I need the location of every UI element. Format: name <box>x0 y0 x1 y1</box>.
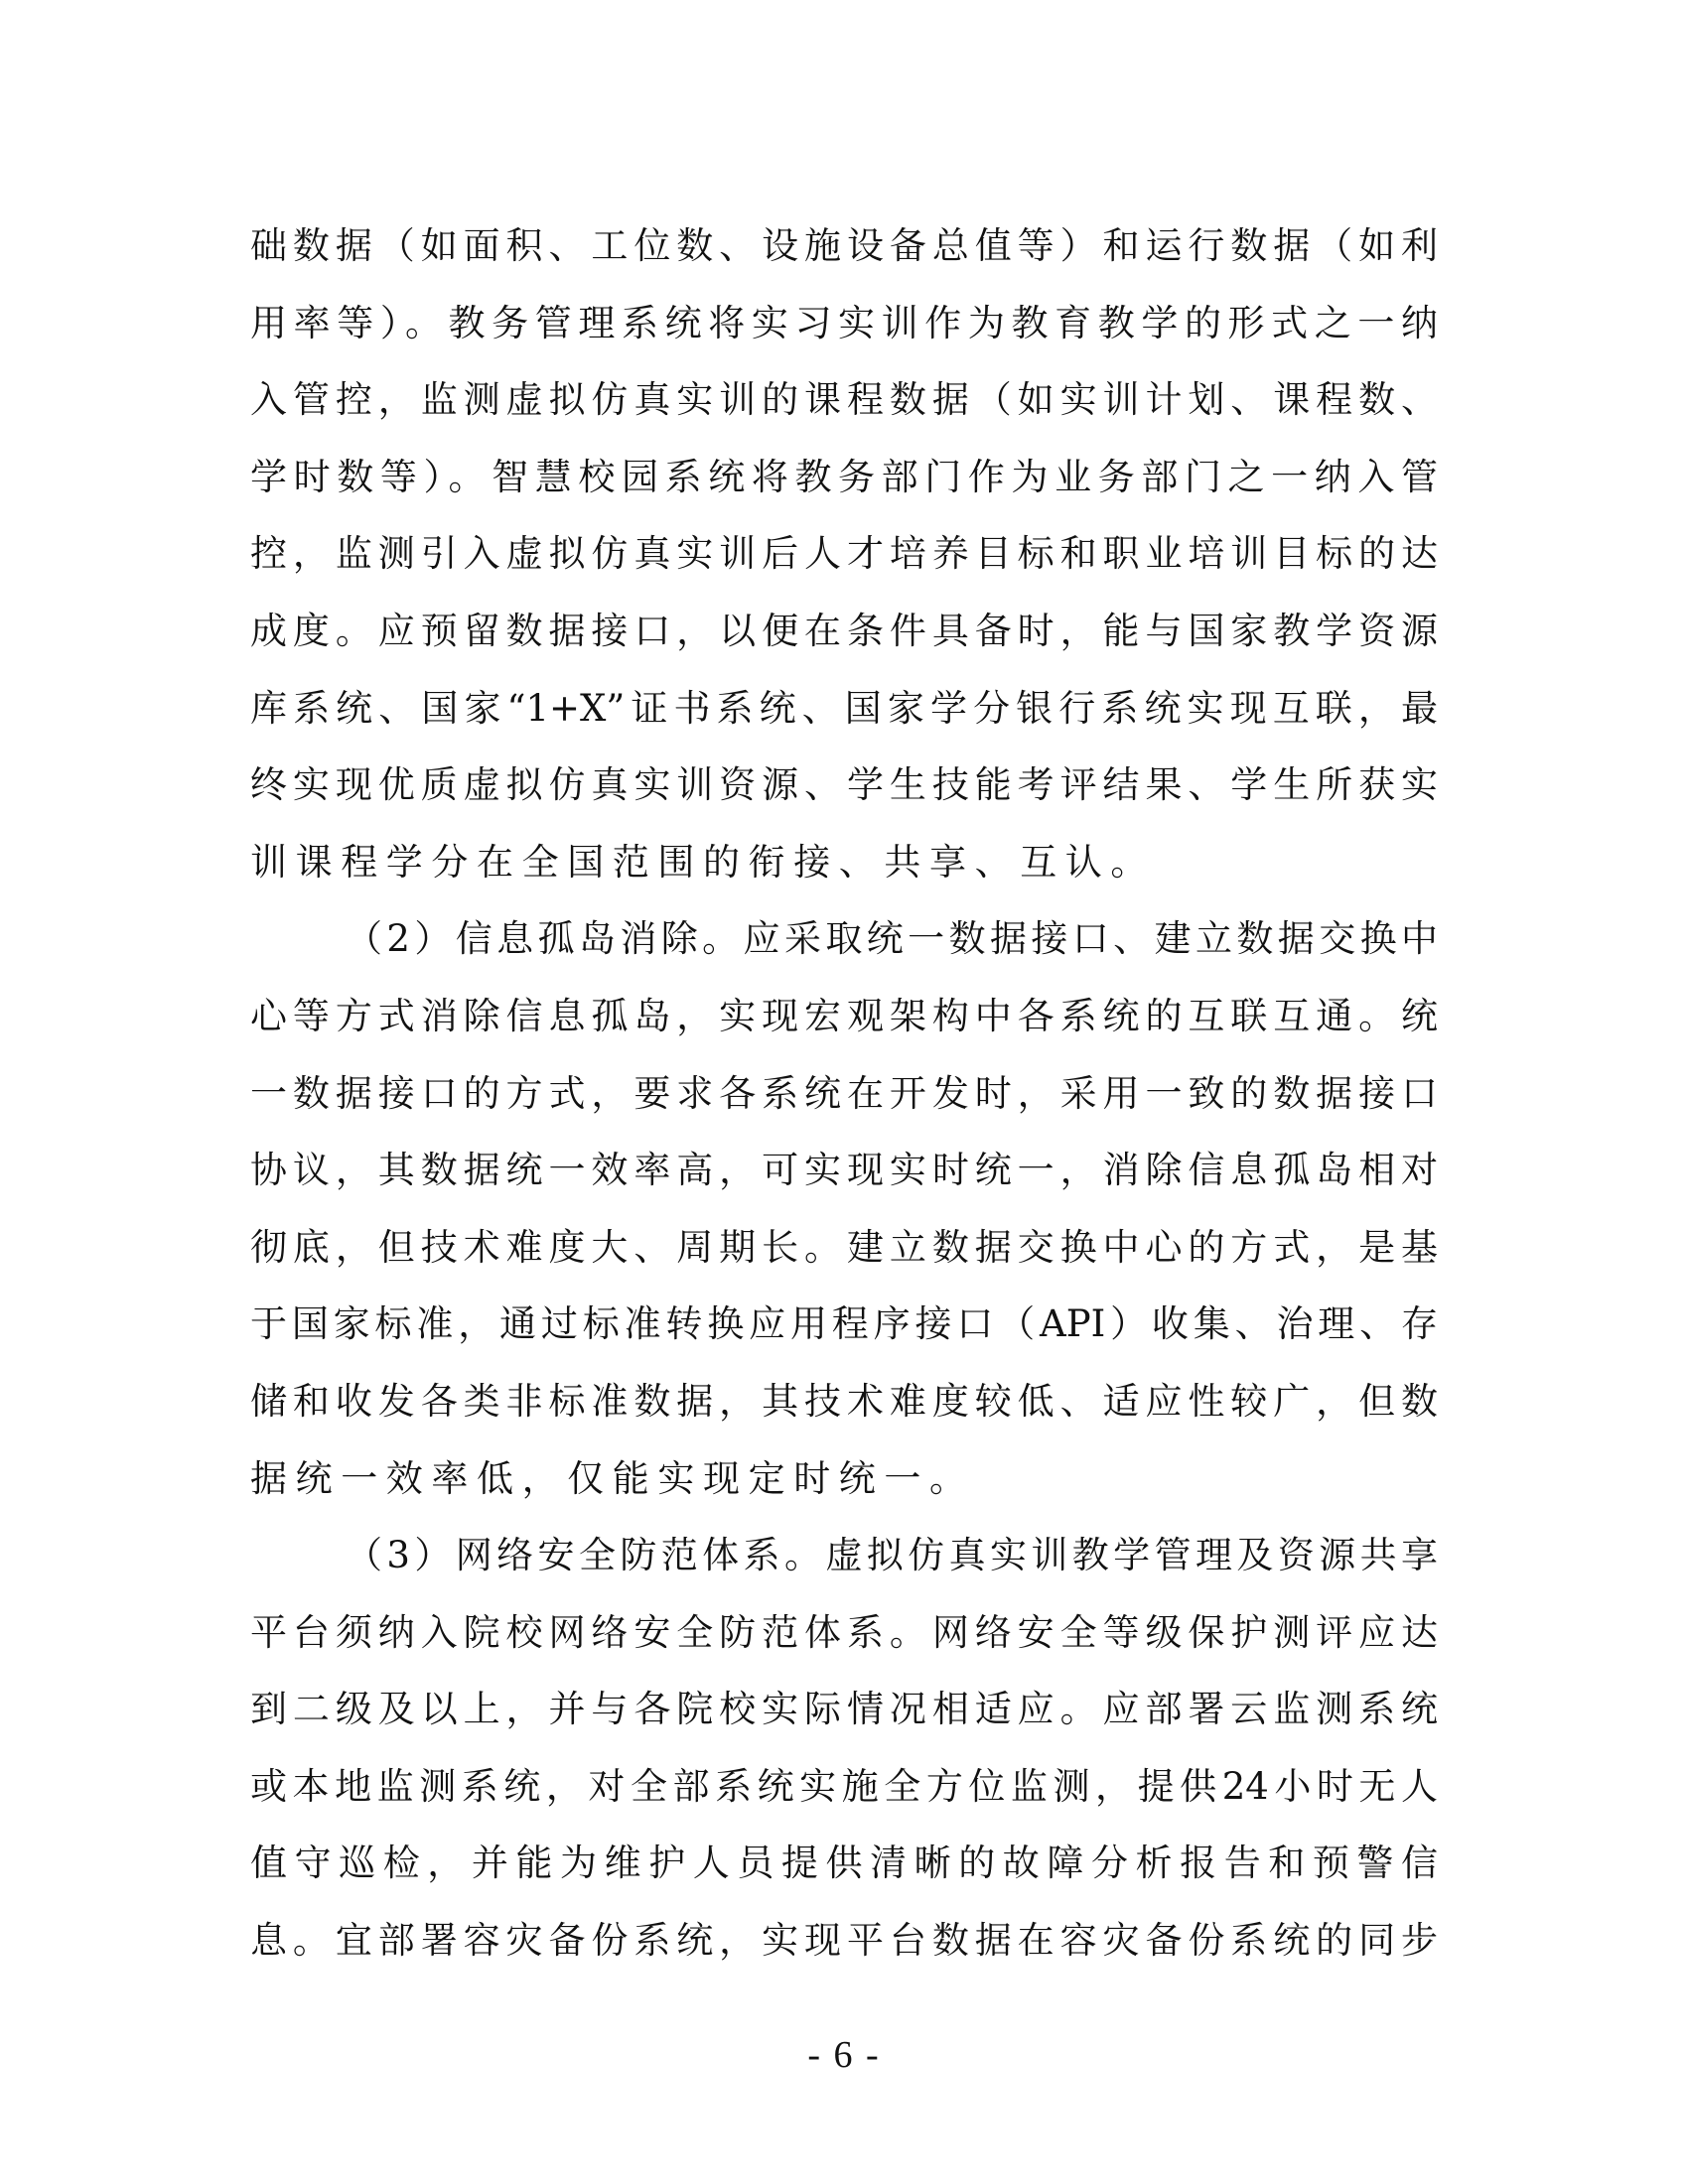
text-line: 学时数等）。智慧校园系统将教务部门作为业务部门之一纳入管 <box>250 448 1438 525</box>
text-line: 终实现优质虚拟仿真实训资源、学生技能考评结果、学生所获实 <box>250 755 1438 833</box>
text-line: 于国家标准，通过标准转换应用程序接口（API）收集、治理、存 <box>250 1295 1438 1372</box>
paragraph-network-security: （3）网络安全防范体系。虚拟仿真实训教学管理及资源共享 平台须纳入院校网络安全防… <box>250 1526 1438 1988</box>
text-line: 或本地监测系统，对全部系统实施全方位监测，提供24小时无人 <box>250 1757 1438 1835</box>
document-page: 础数据（如面积、工位数、设施设备总值等）和运行数据（如利 用率等）。教务管理系统… <box>0 0 1688 2184</box>
text-line: 入管控，监测虚拟仿真实训的课程数据（如实训计划、课程数、 <box>250 370 1438 448</box>
text-line: 据统一效率低，仅能实现定时统一。 <box>250 1449 1438 1527</box>
text-line: 心等方式消除信息孤岛，实现宏观架构中各系统的互联互通。统 <box>250 987 1438 1064</box>
page-number: - 6 - <box>0 2033 1688 2077</box>
text-line: 到二级及以上，并与各院校实际情况相适应。应部署云监测系统 <box>250 1680 1438 1757</box>
text-line: 值守巡检，并能为维护人员提供清晰的故障分析报告和预警信 <box>250 1834 1438 1911</box>
paragraph-heading-line: （2）信息孤岛消除。应采取统一数据接口、建立数据交换中 <box>250 909 1438 987</box>
text-line: 训课程学分在全国范围的衔接、共享、互认。 <box>250 833 1438 910</box>
body-text: 础数据（如面积、工位数、设施设备总值等）和运行数据（如利 用率等）。教务管理系统… <box>250 216 1438 1988</box>
paragraph-information-silo-elimination: （2）信息孤岛消除。应采取统一数据接口、建立数据交换中 心等方式消除信息孤岛，实… <box>250 909 1438 1526</box>
text-line: 础数据（如面积、工位数、设施设备总值等）和运行数据（如利 <box>250 216 1438 294</box>
paragraph-data-monitoring: 础数据（如面积、工位数、设施设备总值等）和运行数据（如利 用率等）。教务管理系统… <box>250 216 1438 909</box>
paragraph-heading-line: （3）网络安全防范体系。虚拟仿真实训教学管理及资源共享 <box>250 1526 1438 1603</box>
text-line: 库系统、国家“1+X”证书系统、国家学分银行系统实现互联，最 <box>250 679 1438 756</box>
text-line: 成度。应预留数据接口，以便在条件具备时，能与国家教学资源 <box>250 602 1438 679</box>
text-line: 彻底，但技术难度大、周期长。建立数据交换中心的方式，是基 <box>250 1218 1438 1296</box>
text-line: 储和收发各类非标准数据，其技术难度较低、适应性较广，但数 <box>250 1372 1438 1449</box>
text-line: 平台须纳入院校网络安全防范体系。网络安全等级保护测评应达 <box>250 1603 1438 1681</box>
text-line: 协议，其数据统一效率高，可实现实时统一，消除信息孤岛相对 <box>250 1141 1438 1218</box>
text-line: 用率等）。教务管理系统将实习实训作为教育教学的形式之一纳 <box>250 294 1438 371</box>
text-line: 控，监测引入虚拟仿真实训后人才培养目标和职业培训目标的达 <box>250 524 1438 602</box>
text-line: 一数据接口的方式，要求各系统在开发时，采用一致的数据接口 <box>250 1064 1438 1142</box>
text-line: 息。宜部署容灾备份系统，实现平台数据在容灾备份系统的同步 <box>250 1911 1438 1988</box>
